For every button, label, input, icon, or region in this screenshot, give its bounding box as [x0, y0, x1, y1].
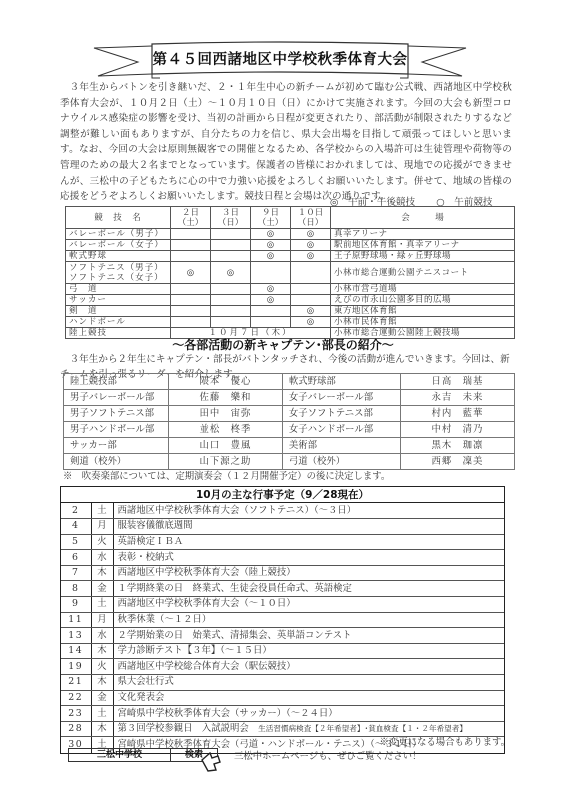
- table-row: 21木県大会壮行式: [61, 675, 504, 691]
- table-row: 13水２学期始業の日 始業式、清掃集会、英単語コンテスト: [61, 628, 504, 644]
- table-row: 22金文化発表会: [61, 690, 504, 706]
- table-header-row: 競 技 名 ２日（土） ３日（日） ９日（土） １０日（日） 会 場: [66, 207, 515, 229]
- table-row: バレーボール（女子） ◎ ◎ 駅前地区体育館・真幸アリーナ: [66, 240, 515, 251]
- table-row: 11月秋季休業（～１２日）: [61, 612, 504, 628]
- table-row: 軟式野球 ◎ ◎ 王子原野球場・緑ヶ丘野球場: [66, 251, 515, 262]
- table-row: 8金１学期終業の日 終業式、生徒会役員任命式、英語検定: [61, 581, 504, 597]
- table-row: 男子ハンドボール部 並松 柊季 女子ハンドボール部 中村 清乃: [64, 422, 515, 438]
- header-day-10: １０日（日）: [291, 207, 331, 229]
- table-row: 19火西諸地区中学校総合体育大会（駅伝競技）: [61, 659, 504, 675]
- table-row: ハンドボール ◎ 小林市民体育館: [66, 317, 515, 328]
- table-row: 男子バレーボール部 佐藤 樂和 女子バレーボール部 永吉 未来: [64, 390, 515, 406]
- table-row: サッカー ◎ えびの市永山公園多目的広場: [66, 295, 515, 306]
- header-venue: 会 場: [331, 207, 515, 229]
- table-row: 男子ソフトテニス部 田中 宙弥 女子ソフトテニス部 村内 藍華: [64, 406, 515, 422]
- brass-band-note: ※ 吹奏楽部については、定期演奏会（１２月開催予定）の後に決定します。: [63, 468, 390, 482]
- header-day-9: ９日（土）: [251, 207, 291, 229]
- captains-table: 陸上競技部 隈本 優心 軟式野球部 日高 瑞基 男子バレーボール部 佐藤 樂和 …: [63, 373, 515, 470]
- search-box[interactable]: 三松中学校 検索: [68, 748, 218, 762]
- header-event: 競 技 名: [66, 207, 171, 229]
- table-row: 5火英語検定ＩＢＡ: [61, 534, 504, 550]
- table-row: サッカー部 山口 豊風 美術部 黒木 珈凛: [64, 438, 515, 454]
- table-row: ソフトテニス（男子）ソフトテニス（女子） ◎ ◎ 小林市総合運動公園テニスコート: [66, 262, 515, 284]
- october-schedule: 10月の主な行事予定（9／28現在） 2土西諸地区中学校秋季体育大会（ソフトテニ…: [60, 486, 505, 754]
- table-row: 弓 道 ◎ 小林市営弓道場: [66, 284, 515, 295]
- table-row: 2土西諸地区中学校秋季体育大会（ソフトテニス）（～３日）: [61, 503, 504, 519]
- table-row: 6水表彰・校納式: [61, 550, 504, 566]
- page-title: 第４５回西諸地区中学校秋季体育大会: [90, 48, 470, 69]
- homepage-message: 三松中ホームページも、ぜひご覧ください！: [234, 748, 421, 762]
- schedule-table: 2土西諸地区中学校秋季体育大会（ソフトテニス）（～３日） 4月服装容儀徹底週間 …: [61, 503, 504, 753]
- intro-paragraph: ３年生からバトンを引き継いだ、２・１年生中心の新チームが初めて臨む公式戦、西諸地…: [60, 80, 512, 205]
- newsletter-page: 第４５回西諸地区中学校秋季体育大会 ３年生からバトンを引き継いだ、２・１年生中心…: [0, 0, 566, 800]
- header-day-2: ２日（土）: [171, 207, 211, 229]
- schedule-title: 10月の主な行事予定（9／28現在）: [61, 487, 504, 503]
- table-row: 23土宮崎県中学校秋季体育大会（サッカー）（～２４日）: [61, 706, 504, 722]
- header-day-3: ３日（日）: [211, 207, 251, 229]
- title-banner: 第４５回西諸地区中学校秋季体育大会: [90, 38, 470, 80]
- captains-section-title: ～各部活動の新キャプテン･部長の紹介～: [0, 336, 566, 353]
- table-row: 剣 道 ◎ 東方地区体育館: [66, 306, 515, 317]
- schedule-change-note: ※変更になる場合もあります。: [360, 734, 510, 748]
- table-row: 7木西諸地区中学校秋季体育大会（陸上競技）: [61, 565, 504, 581]
- table-row: 14木学力診断テスト【３年】（～１５日）: [61, 643, 504, 659]
- competition-table: 競 技 名 ２日（土） ３日（日） ９日（土） １０日（日） 会 場 バレーボー…: [65, 206, 515, 339]
- pointer-cursor-icon: [200, 752, 222, 772]
- search-input[interactable]: 三松中学校: [69, 749, 171, 761]
- table-row: 陸上競技部 隈本 優心 軟式野球部 日高 瑞基: [64, 374, 515, 390]
- table-row: 9土西諸地区中学校秋季体育大会（～１０日）: [61, 597, 504, 613]
- table-row: バレーボール（男子） ◎ ◎ 真幸アリーナ: [66, 229, 515, 240]
- table-row: 4月服装容儀徹底週間: [61, 519, 504, 535]
